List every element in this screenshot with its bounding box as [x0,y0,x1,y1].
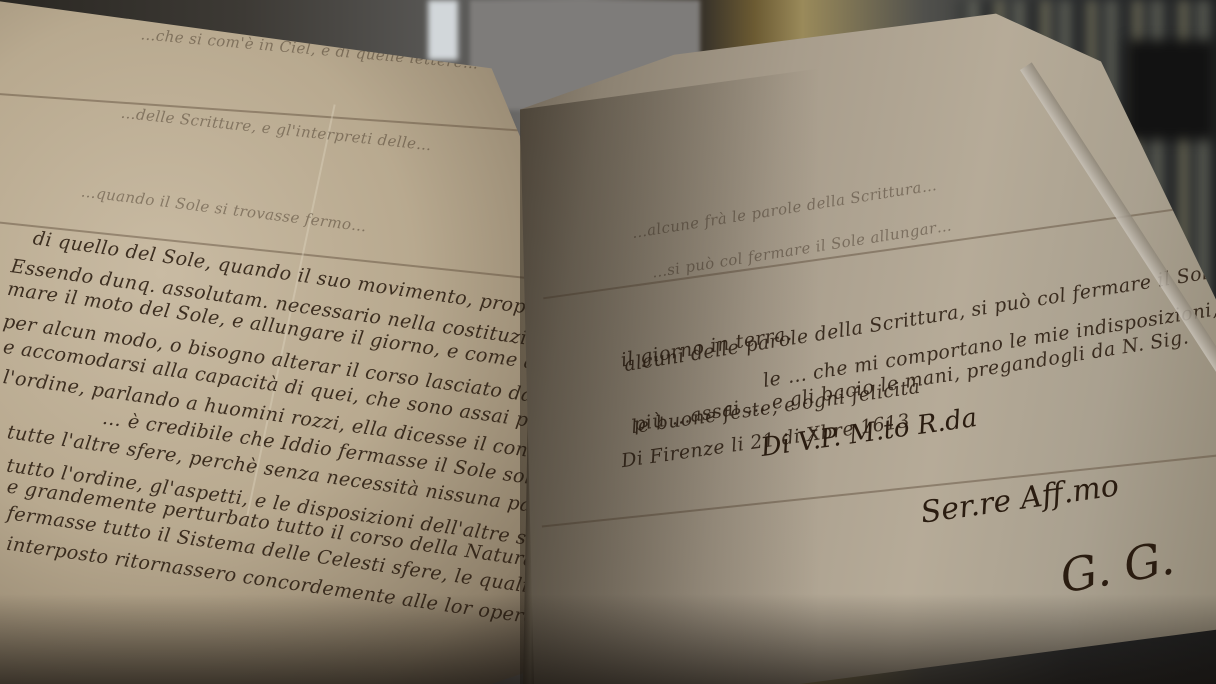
background-light-fixture [428,0,458,60]
background-dark-object [1126,40,1216,140]
servant-signature: Ser.re Aff.mo [919,468,1121,530]
faded-handwriting-line: …quando il Sole si trovasse fermo… [80,183,368,236]
left-manuscript-page: …che si com'è in Ciel, e di quelle lette… [0,0,560,684]
photo-scene: …che si com'è in Ciel, e di quelle lette… [0,0,1216,684]
initials-signature: G. G. [1056,531,1178,604]
bottom-vignette [0,594,1216,684]
faded-handwriting-line: …delle Scritture, e gl'interpreti delle… [120,104,433,155]
